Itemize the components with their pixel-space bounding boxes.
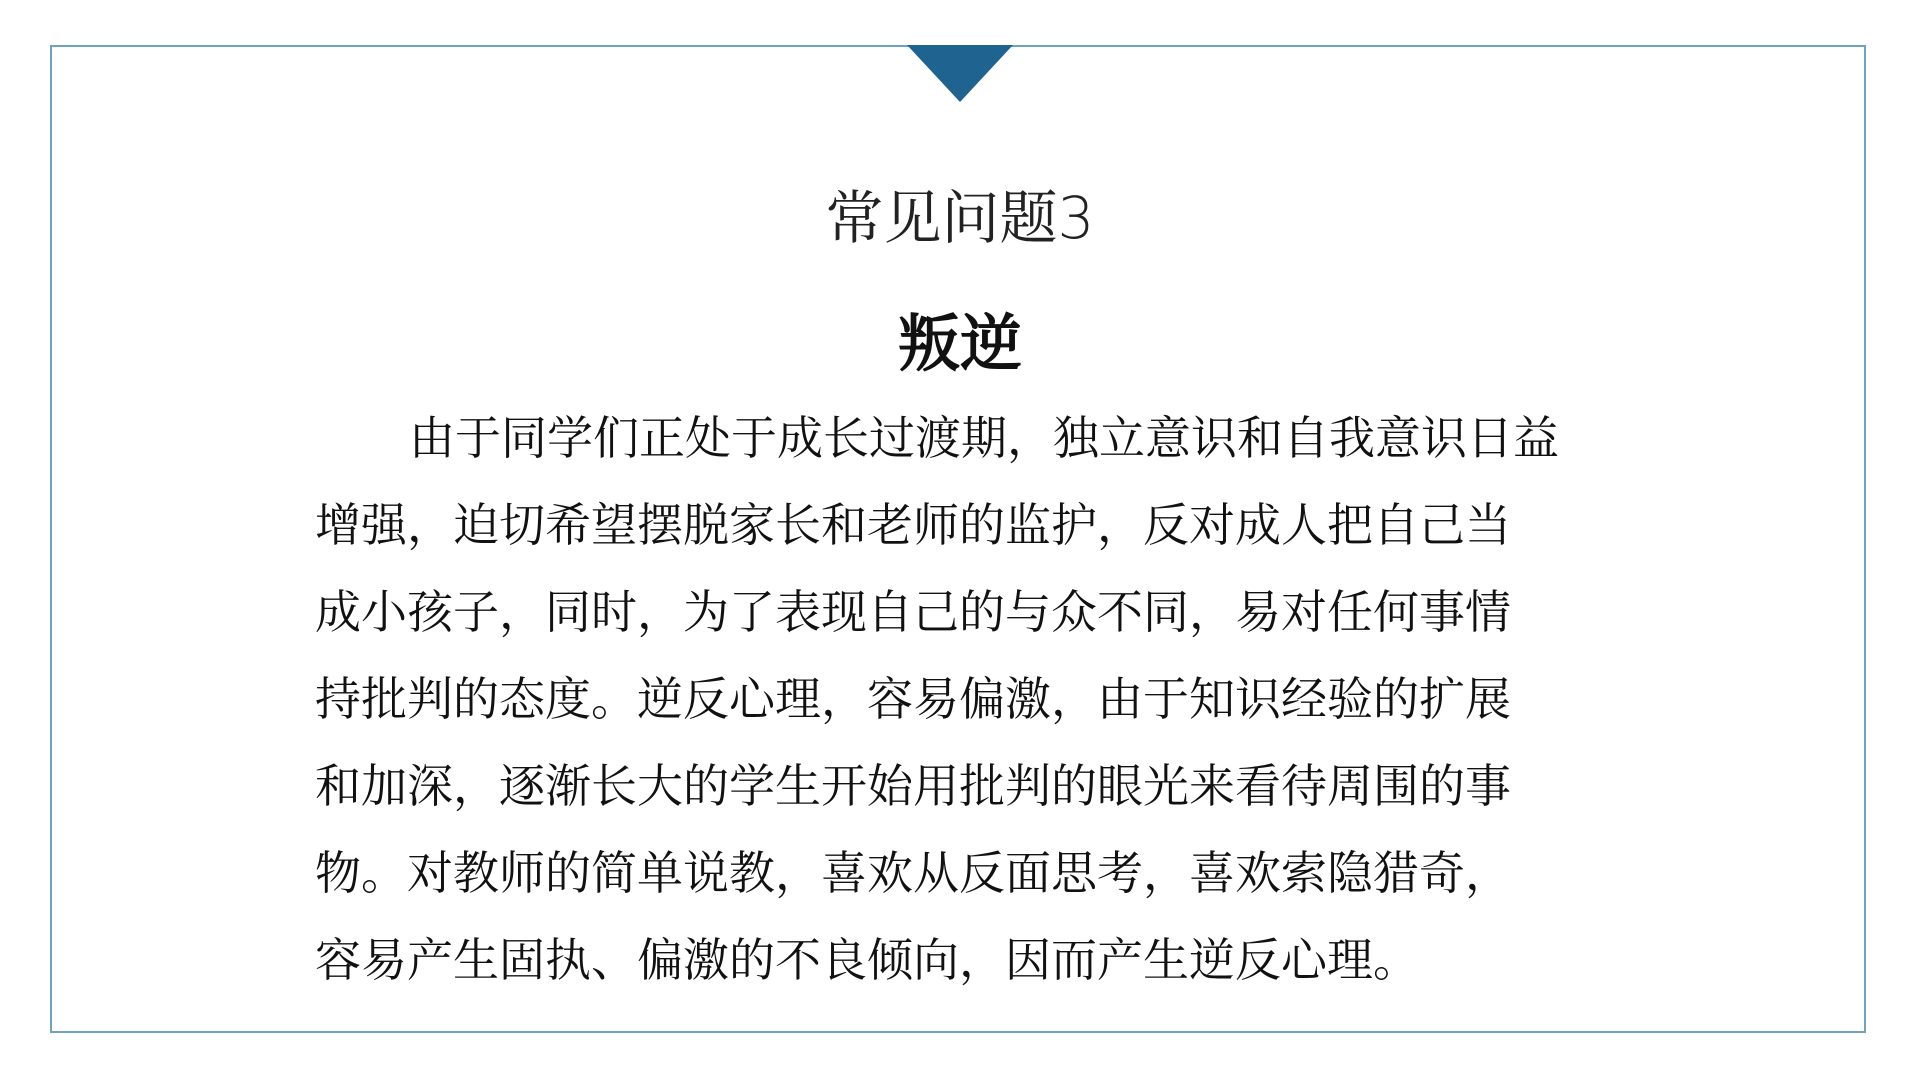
- slide-subtitle: 叛逆: [0, 304, 1920, 384]
- triangle-marker-icon: [907, 45, 1013, 102]
- paragraph-line: 成小孩子，同时，为了表现自己的与众不同，易对任何事情: [315, 569, 1615, 656]
- paragraph-line: 持批判的态度。逆反心理，容易偏激，由于知识经验的扩展: [315, 656, 1615, 743]
- paragraph-line: 容易产生固执、偏激的不良倾向，因而产生逆反心理。: [315, 917, 1615, 1004]
- slide-title: 常见问题3: [0, 178, 1920, 258]
- paragraph-line: 和加深，逐渐长大的学生开始用批判的眼光来看待周围的事: [315, 743, 1615, 830]
- body-paragraph: 由于同学们正处于成长过渡期，独立意识和自我意识日益 增强，迫切希望摆脱家长和老师…: [315, 395, 1615, 1004]
- paragraph-line: 增强，迫切希望摆脱家长和老师的监护，反对成人把自己当: [315, 482, 1615, 569]
- paragraph-line: 物。对教师的简单说教，喜欢从反面思考，喜欢索隐猎奇，: [315, 830, 1615, 917]
- paragraph-line: 由于同学们正处于成长过渡期，独立意识和自我意识日益: [315, 395, 1615, 482]
